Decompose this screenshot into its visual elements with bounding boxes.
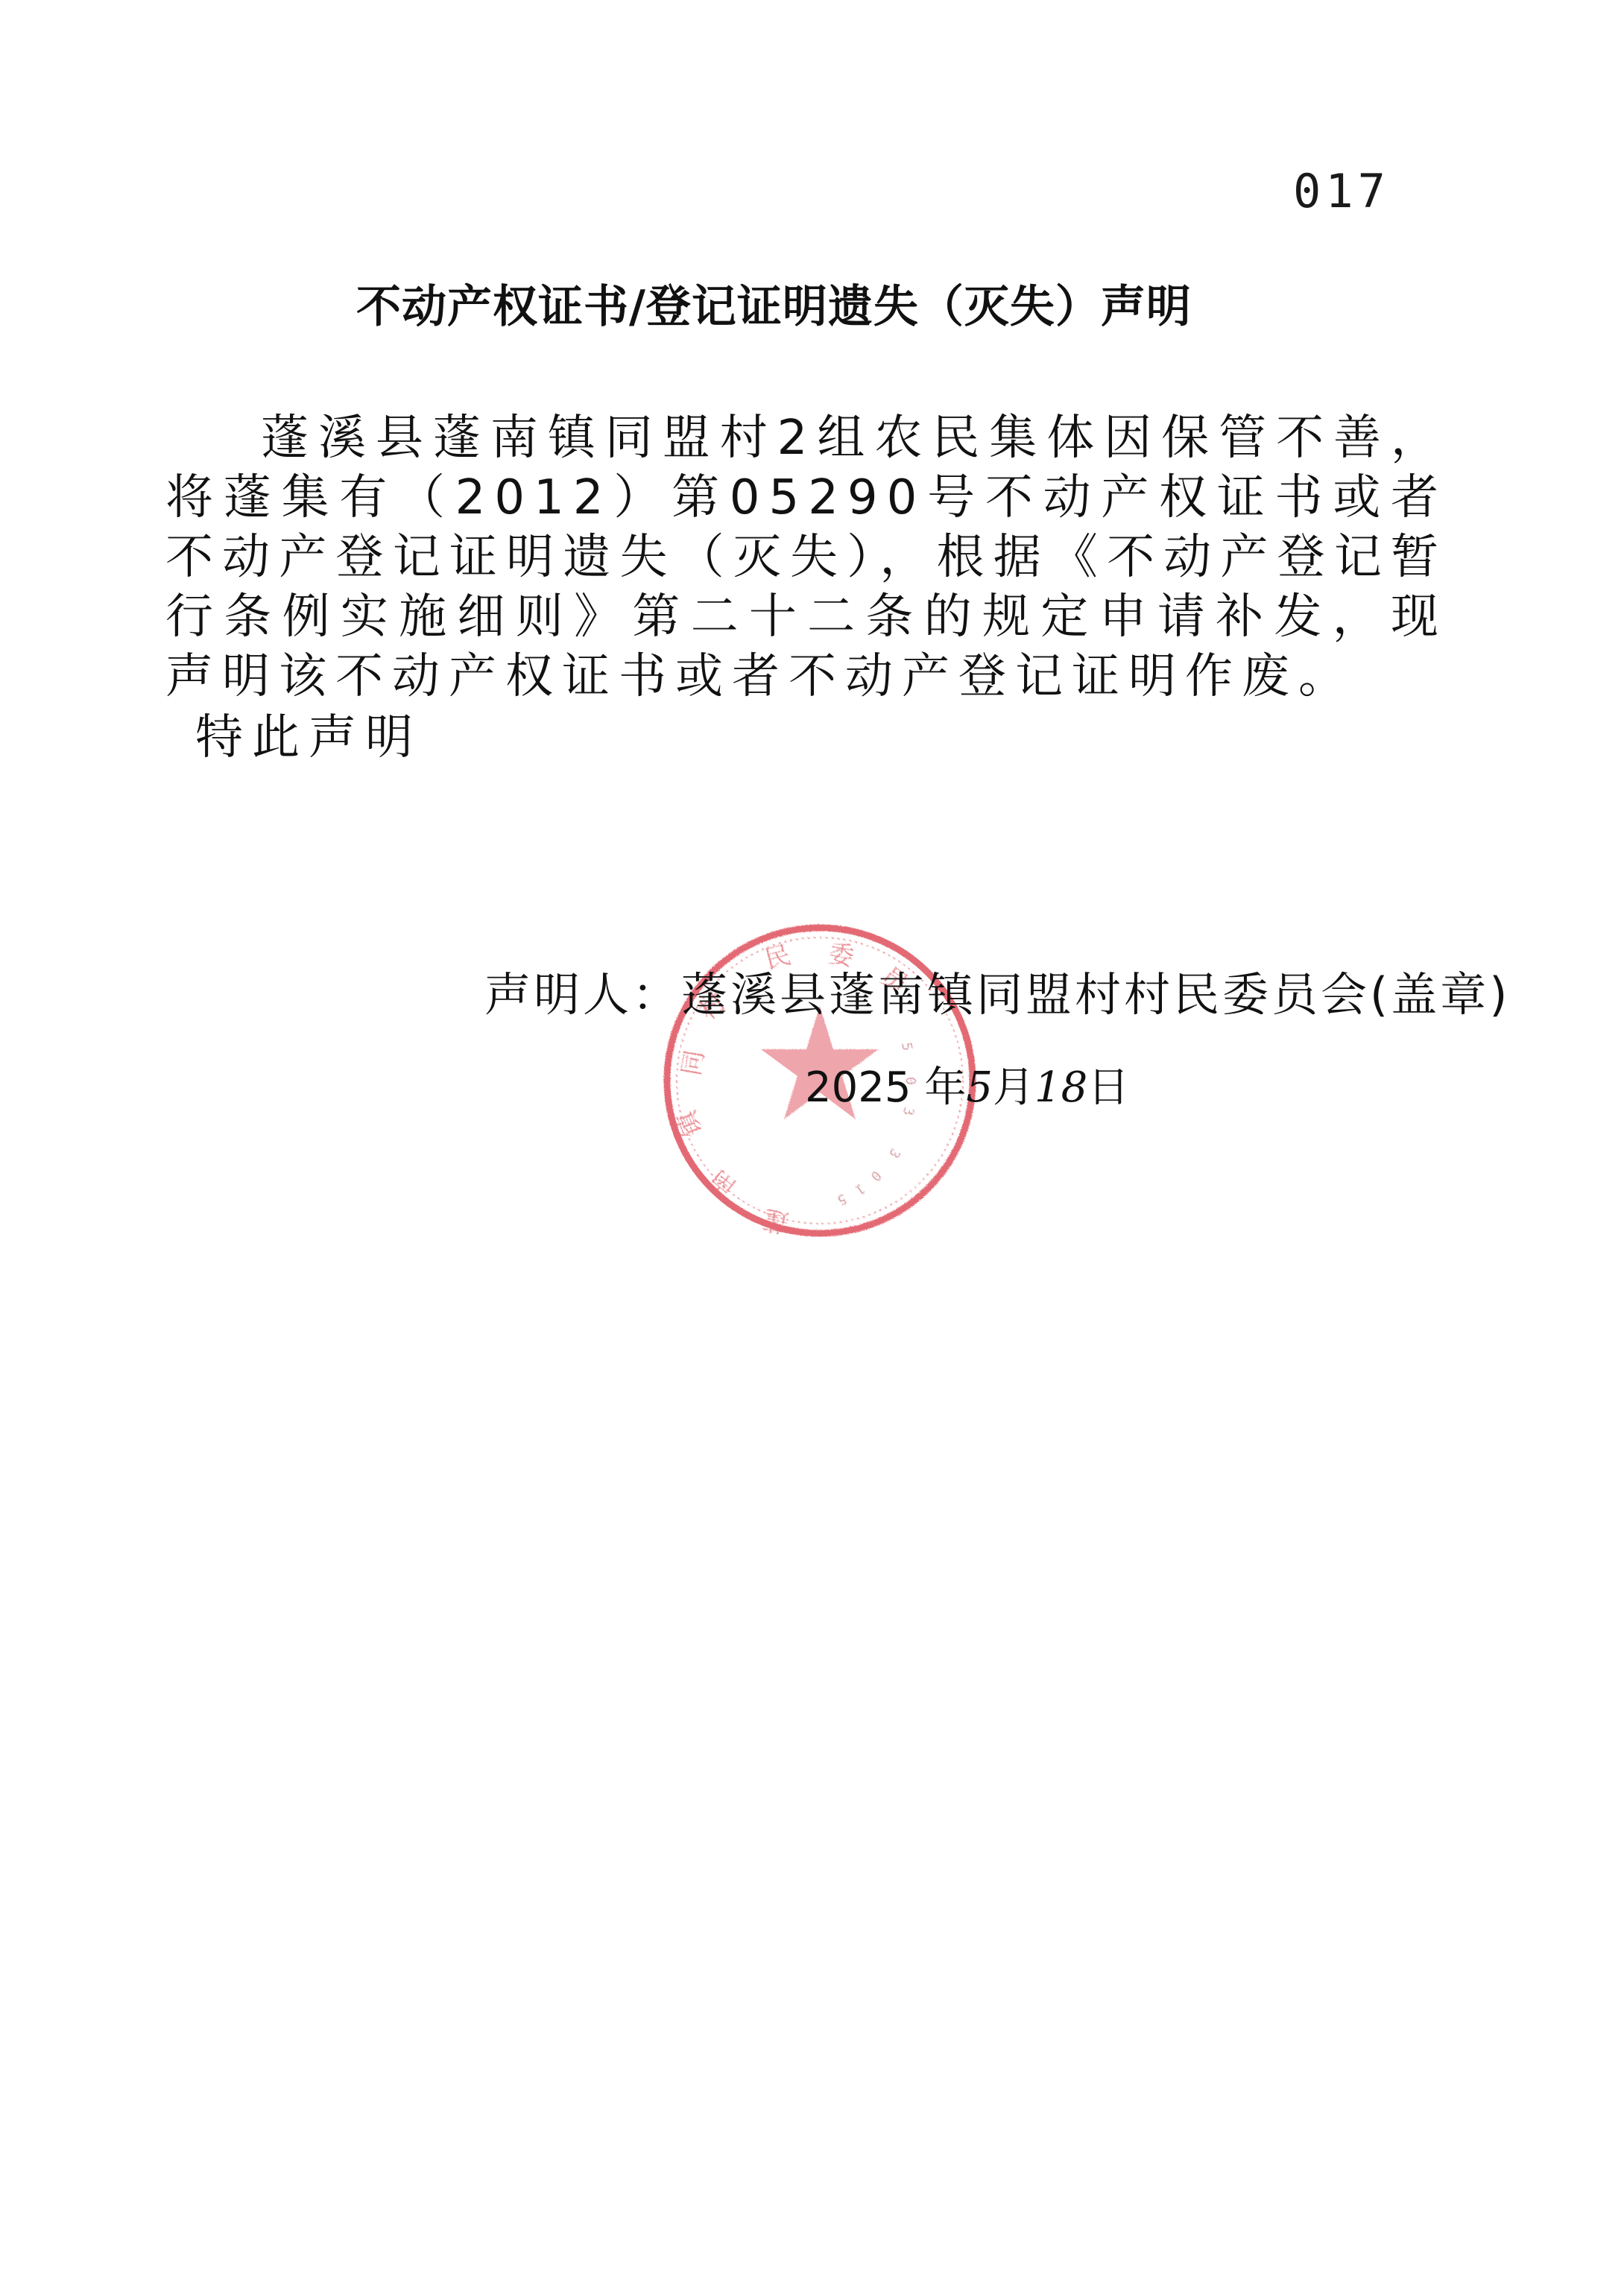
svg-text:0: 0 [868,1167,885,1184]
svg-text:3: 3 [885,1146,903,1161]
document-title: 不动产权证书/登记证明遗失（灭失）声明 [356,277,1280,337]
signatory-label: 声明人： [484,967,681,1022]
signatory-line: 声明人：蓬溪县蓬南镇同盟村村民委员会(盖章) [484,965,1510,1025]
date-day-handwritten: 18 [1034,1063,1087,1112]
svg-text:同: 同 [676,1048,710,1078]
svg-text:5: 5 [898,1041,915,1051]
svg-text:1: 1 [852,1180,868,1198]
declaration-body: 蓬溪县蓬南镇同盟村2组农民集体因保管不善，将蓬集有（2012）第05290号不动… [165,408,1447,706]
date-year-unit: 年 [924,1063,966,1112]
date-month-handwritten: 5 [966,1063,993,1112]
closing-statement: 特此声明 [195,708,422,768]
page-number: 017 [1293,164,1390,218]
declaration-paragraph: 蓬溪县蓬南镇同盟村2组农民集体因保管不善，将蓬集有（2012）第05290号不动… [165,408,1447,706]
date-day-unit: 日 [1087,1063,1129,1112]
date-year: 2025 [805,1063,911,1112]
svg-text:5: 5 [835,1190,849,1208]
svg-text:蓬: 蓬 [761,1204,791,1237]
declaration-date: 2025 年5月18日 [805,1058,1129,1118]
date-month-unit: 月 [993,1063,1034,1112]
document-page: 017 不动产权证书/登记证明遗失（灭失）声明 蓬溪县蓬南镇同盟村2组农民集体因… [0,0,1624,2296]
signatory-seal-note: (盖章) [1370,967,1510,1022]
svg-text:南: 南 [704,1163,742,1202]
signatory-name: 蓬溪县蓬南镇同盟村村民委员会 [681,967,1370,1022]
